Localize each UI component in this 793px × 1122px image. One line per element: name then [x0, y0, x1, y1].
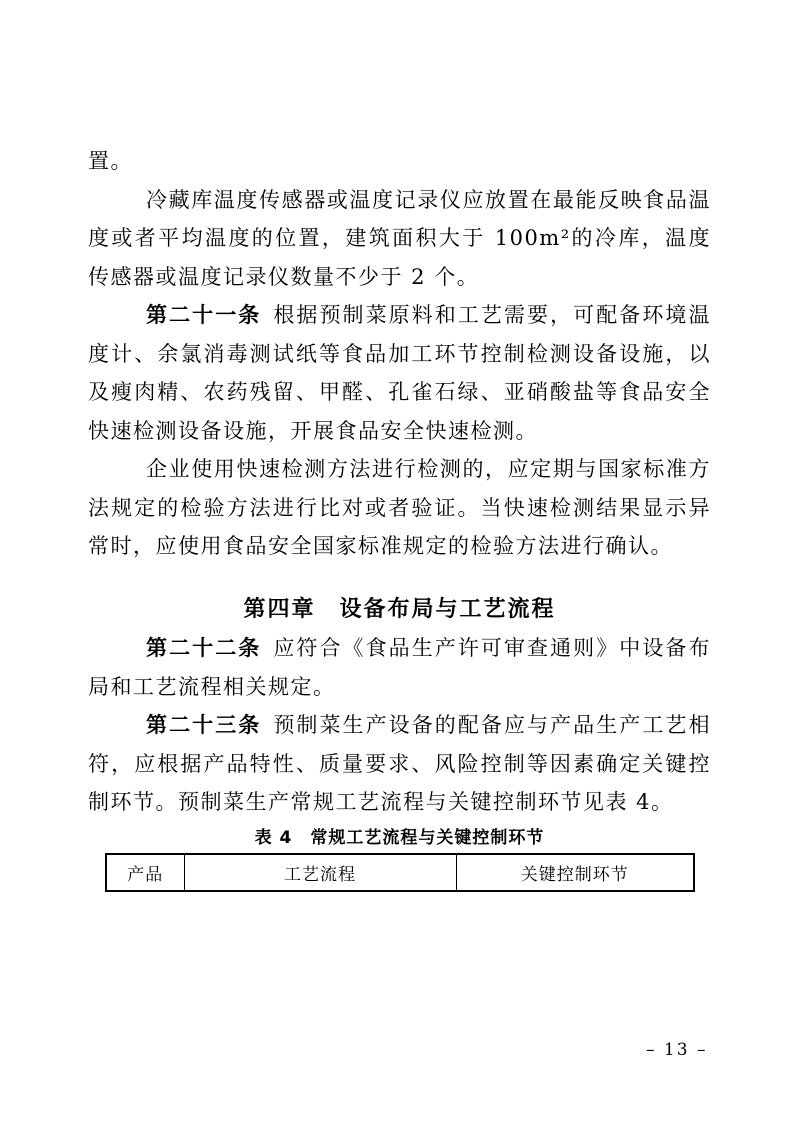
document-content: 置。 冷藏库温度传感器或温度记录仪应放置在最能反映食品温度或者平均温度的位置，建…	[88, 142, 711, 892]
table-4-caption: 表 4 常规工艺流程与关键控制环节	[88, 828, 711, 848]
table-header-product: 产品	[106, 854, 184, 891]
article-23-number: 第二十三条	[146, 713, 261, 737]
page-number: – 13 –	[646, 1040, 707, 1060]
chapter-4-heading: 第四章 设备布局与工艺流程	[88, 591, 711, 630]
article-21-number: 第二十一条	[146, 303, 261, 327]
paragraph-rapid-test: 企业使用快速检测方法进行检测的，应定期与国家标准方法规定的检验方法进行比对或者验…	[88, 450, 711, 566]
paragraph-article-23: 第二十三条预制菜生产设备的配备应与产品生产工艺相符，应根据产品特性、质量要求、风…	[88, 706, 711, 822]
table-header-row: 产品 工艺流程 关键控制环节	[106, 854, 694, 891]
table-header-process: 工艺流程	[184, 854, 456, 891]
article-22-number: 第二十二条	[146, 636, 261, 660]
paragraph-article-21: 第二十一条根据预制菜原料和工艺需要，可配备环境温度计、余氯消毒测试纸等食品加工环…	[88, 296, 711, 450]
table-4: 产品 工艺流程 关键控制环节	[105, 853, 695, 892]
paragraph-article-22: 第二十二条应符合《食品生产许可审查通则》中设备布局和工艺流程相关规定。	[88, 629, 711, 706]
paragraph-continuation: 置。	[88, 142, 711, 181]
paragraph-cold-storage: 冷藏库温度传感器或温度记录仪应放置在最能反映食品温度或者平均温度的位置，建筑面积…	[88, 181, 711, 297]
document-page: 置。 冷藏库温度传感器或温度记录仪应放置在最能反映食品温度或者平均温度的位置，建…	[0, 0, 793, 1122]
table-header-control: 关键控制环节	[456, 854, 694, 891]
